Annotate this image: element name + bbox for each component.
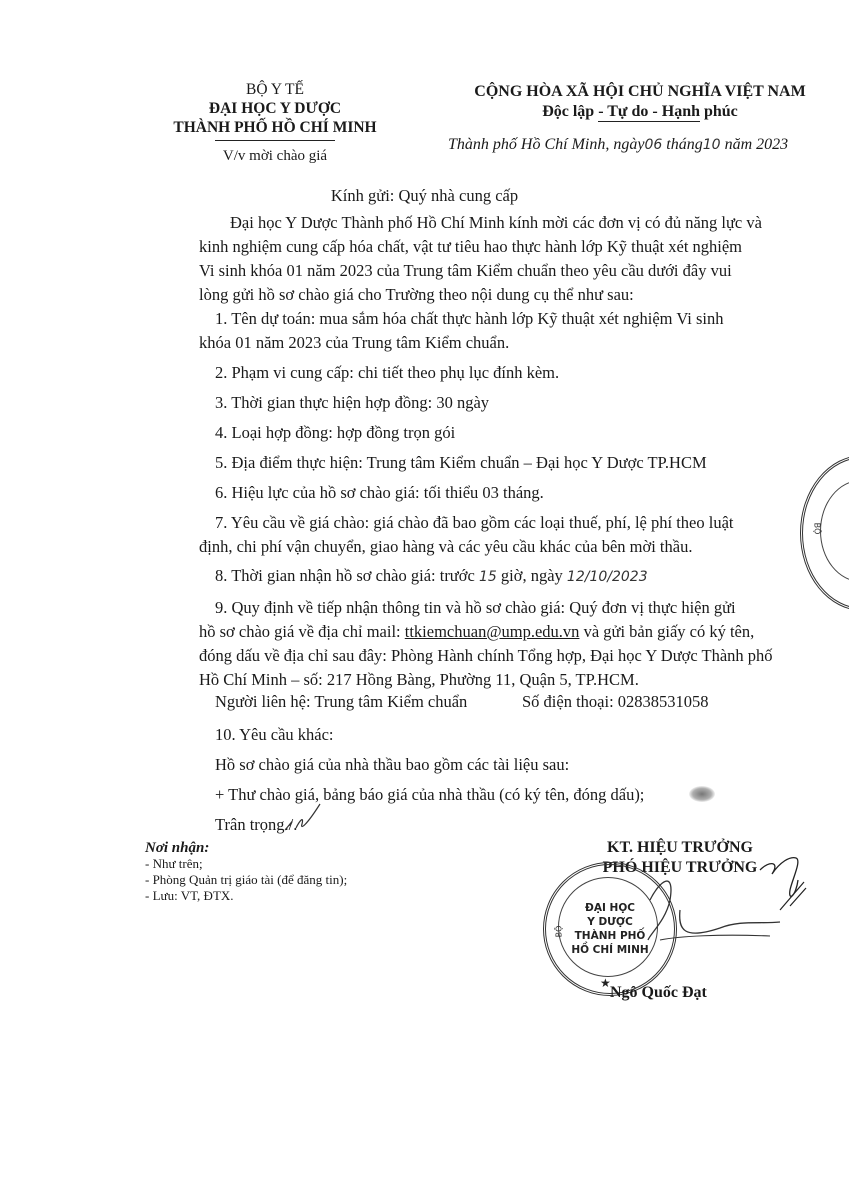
university-name-line2: THÀNH PHỐ HỒ CHÍ MINH: [140, 118, 410, 137]
ministry-name: BỘ Y TẾ: [140, 80, 410, 99]
document-date: Thành phố Hồ Chí Minh, ngày06 tháng10 nă…: [448, 136, 788, 154]
item-8-mid: giờ, ngày: [501, 566, 563, 585]
motto-suffix: phúc: [700, 103, 738, 120]
recipient-item: - Như trên;: [145, 856, 347, 872]
item-4: 4. Loại hợp đồng: hợp đồng trọn gói: [215, 422, 825, 443]
item-7-line-2: định, chi phí vận chuyển, giao hàng và c…: [199, 536, 809, 557]
item-9-line-4: Hồ Chí Minh – số: 217 Hồng Bàng, Phường …: [199, 669, 809, 690]
item-9-line-1: 9. Quy định về tiếp nhận thông tin và hồ…: [215, 597, 825, 618]
deadline-hour-handwritten: 15: [479, 569, 497, 585]
initials-signature-icon: [282, 800, 322, 836]
handwritten-signature-icon: [620, 840, 820, 960]
item-5: 5. Địa điểm thực hiện: Trung tâm Kiểm ch…: [215, 452, 825, 473]
date-month-label: tháng: [666, 136, 702, 153]
national-motto: Độc lập - Tự do - Hạnh phúc: [440, 102, 840, 122]
motto-prefix: Độc lập: [542, 103, 598, 120]
item-6: 6. Hiệu lực của hồ sơ chào giá: tối thiể…: [215, 482, 825, 503]
item-9-line-2-suffix: và gửi bản giấy có ký tên,: [579, 622, 754, 641]
national-header: CỘNG HÒA XÃ HỘI CHỦ NGHĨA VIỆT NAM Độc l…: [440, 82, 840, 122]
recipient-item: - Phòng Quản trị giáo tài (để đăng tin);: [145, 872, 347, 888]
date-prefix: Thành phố Hồ Chí Minh, ngày: [448, 136, 644, 153]
intro-line-4: lòng gửi hồ sơ chào giá cho Trường theo …: [199, 284, 809, 305]
motto-underlined: - Tự do - Hạnh: [598, 103, 700, 122]
intro-line-1: Đại học Y Dược Thành phố Hồ Chí Minh kín…: [230, 212, 840, 233]
signer-name: Ngô Quốc Đạt: [610, 984, 707, 1002]
date-month-handwritten: 10: [703, 137, 721, 153]
ink-smudge: [689, 786, 715, 802]
item-9-line-2: hồ sơ chào giá về địa chỉ mail: ttkiemch…: [199, 621, 809, 642]
document-subject: V/v mời chào giá: [140, 147, 410, 166]
date-day-handwritten: 06: [644, 137, 662, 153]
item-3: 3. Thời gian thực hiện hợp đồng: 30 ngày: [215, 392, 825, 413]
header-divider: [215, 140, 335, 141]
intro-line-2: kinh nghiệm cung cấp hóa chất, vật tư ti…: [199, 236, 809, 257]
issuer-header: BỘ Y TẾ ĐẠI HỌC Y DƯỢC THÀNH PHỐ HỒ CHÍ …: [140, 80, 410, 166]
item-7-line-1: 7. Yêu cầu về giá chào: giá chào đã bao …: [215, 512, 825, 533]
item-8: 8. Thời gian nhận hồ sơ chào giá: trước …: [215, 565, 825, 588]
university-name-line1: ĐẠI HỌC Y DƯỢC: [140, 99, 410, 118]
recipient-item: - Lưu: VT, ĐTX.: [145, 888, 347, 904]
item-8-label: 8. Thời gian nhận hồ sơ chào giá: trước: [215, 566, 475, 585]
contact-phone: Số điện thoại: 02838531058: [522, 691, 849, 712]
email-link[interactable]: ttkiemchuan@ump.edu.vn: [405, 622, 580, 641]
seal-side-text: BỘ: [554, 926, 563, 938]
item-9-line-3: đóng dấu về địa chỉ sau đây: Phòng Hành …: [199, 645, 809, 666]
partial-seal-text: BỘ: [812, 523, 821, 535]
item-10-title: 10. Yêu cầu khác:: [215, 724, 825, 745]
item-1-line-2: khóa 01 năm 2023 của Trung tâm Kiểm chuẩ…: [199, 332, 809, 353]
item-1-line-1: 1. Tên dự toán: mua sắm hóa chất thực hà…: [215, 308, 825, 329]
item-10-line-1: Hồ sơ chào giá của nhà thầu bao gồm các …: [215, 754, 825, 775]
recipients-block: Nơi nhận: - Như trên; - Phòng Quản trị g…: [145, 840, 347, 904]
salutation: Kính gửi: Quý nhà cung cấp: [0, 186, 849, 206]
item-9-line-2-prefix: hồ sơ chào giá về địa chỉ mail:: [199, 622, 405, 641]
recipients-title: Nơi nhận:: [145, 840, 347, 856]
deadline-date-handwritten: 12/10/2023: [567, 569, 648, 585]
intro-line-3: Vi sinh khóa 01 năm 2023 của Trung tâm K…: [199, 260, 809, 281]
item-2: 2. Phạm vi cung cấp: chi tiết theo phụ l…: [215, 362, 825, 383]
date-year: năm 2023: [725, 136, 789, 153]
nation-title: CỘNG HÒA XÃ HỘI CHỦ NGHĨA VIỆT NAM: [440, 82, 840, 102]
